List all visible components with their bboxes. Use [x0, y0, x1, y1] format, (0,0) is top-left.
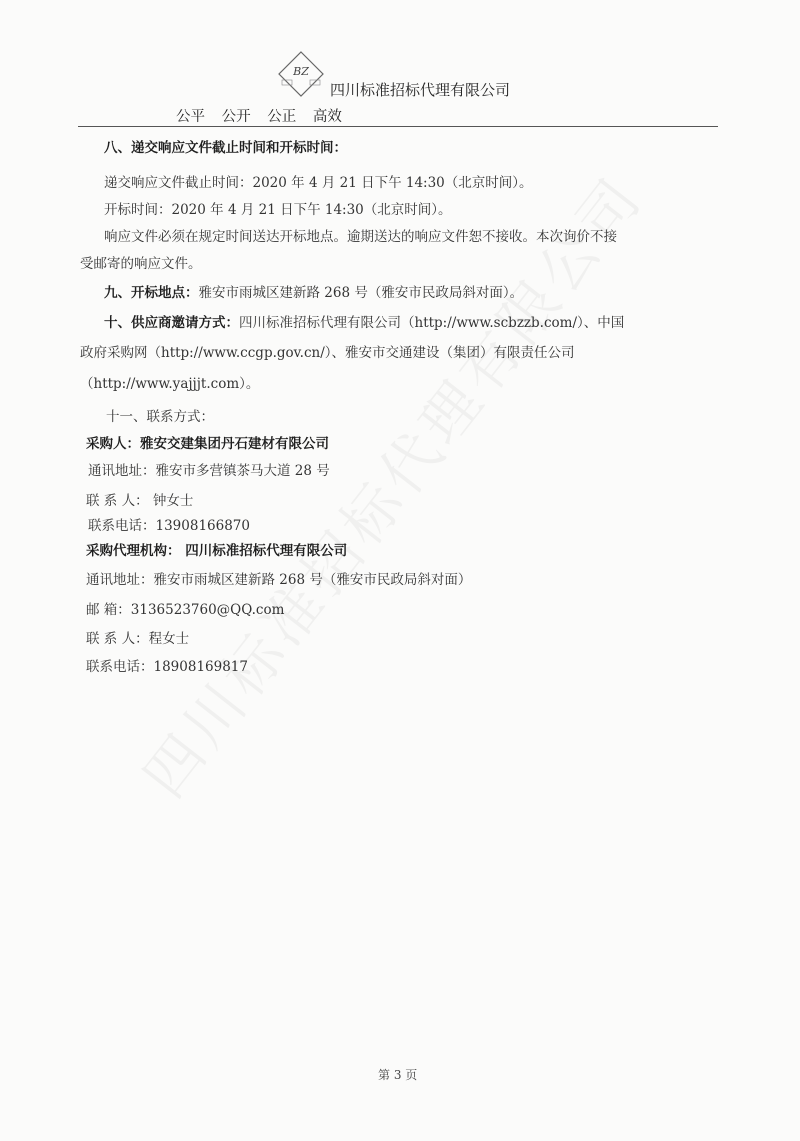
purchaser-address: 通讯地址：雅安市多营镇茶马大道 28 号 [88, 459, 330, 479]
section10-line2: 政府采购网（http://www.ccgp.gov.cn/）、雅安市交通建设（集… [80, 341, 575, 361]
company-name: 四川标准招标代理有限公司 [330, 79, 510, 100]
section9-label: 九、开标地点： [104, 285, 199, 301]
note-line-2: 受邮寄的响应文件。 [80, 252, 202, 272]
section8-title: 八、递交响应文件截止时间和开标时间： [104, 136, 347, 156]
purchaser-phone: 联系电话：13908166870 [88, 514, 250, 534]
section10: 十、供应商邀请方式：四川标准招标代理有限公司（http://www.scbzzb… [104, 311, 624, 331]
section9: 九、开标地点：雅安市雨城区建新路 268 号（雅安市民政局斜对面）。 [104, 281, 523, 301]
purchaser-contact: 联 系 人： 钟女士 [86, 489, 193, 509]
header-divider [78, 126, 718, 127]
submission-deadline: 递交响应文件截止时间：2020 年 4 月 21 日下午 14:30（北京时间）… [104, 171, 533, 191]
agency-name: 采购代理机构： 四川标准招标代理有限公司 [86, 539, 347, 559]
section10-label: 十、供应商邀请方式： [104, 315, 239, 331]
page-number: 第 3 页 [378, 1066, 417, 1083]
slogan: 公平 公开 公正 高效 [176, 105, 342, 126]
opening-time: 开标时间：2020 年 4 月 21 日下午 14:30（北京时间）。 [104, 198, 452, 218]
agency-contact: 联 系 人：程女士 [86, 627, 189, 647]
agency-phone: 联系电话：18908169817 [86, 655, 248, 675]
agency-address: 通讯地址：雅安市雨城区建新路 268 号（雅安市民政局斜对面） [86, 568, 471, 588]
section10-line3: （http://www.yajjjt.com）。 [80, 372, 259, 392]
agency-email: 邮 箱：3136523760@QQ.com [86, 598, 284, 618]
section9-value: 雅安市雨城区建新路 268 号（雅安市民政局斜对面）。 [199, 285, 524, 301]
purchaser-name: 采购人：雅安交建集团丹石建材有限公司 [86, 432, 329, 452]
note-line-1: 响应文件必须在规定时间送达开标地点。逾期送达的响应文件恕不接收。本次询价不接 [104, 225, 617, 245]
section10-line1: 四川标准招标代理有限公司（http://www.scbzzb.com/）、中国 [239, 315, 624, 331]
company-logo-icon: BZ [276, 50, 326, 100]
svg-text:BZ: BZ [292, 65, 309, 78]
section11-title: 十一、联系方式： [106, 405, 214, 425]
